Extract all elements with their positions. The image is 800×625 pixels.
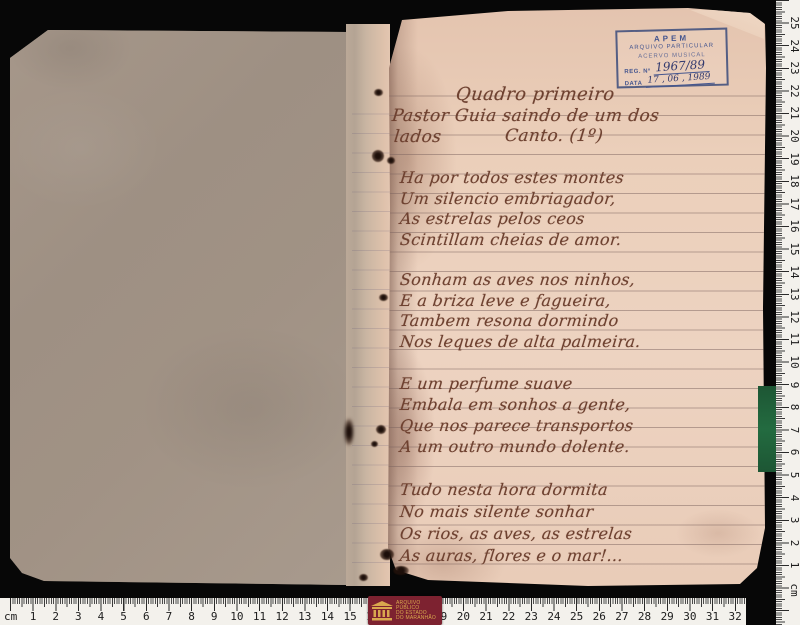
ruler-number: 17	[787, 197, 800, 211]
ruler-number: 32	[729, 610, 742, 623]
ruler-number: 11	[787, 332, 800, 346]
poem-stanza-2: Sonham as aves nos ninhos, E a briza lev…	[400, 270, 641, 352]
ink-stain	[376, 425, 386, 434]
ruler-number: 8	[787, 400, 800, 414]
poem-line: As estrelas pelos ceos	[399, 209, 625, 230]
stamp-date-label: DATA	[625, 81, 643, 87]
poem-stanza-3: E um perfume suave Embala em sonhos a ge…	[400, 373, 633, 457]
ruler-number: 4	[98, 610, 105, 623]
ink-stain	[387, 157, 395, 164]
poem-line: Scintillam cheias de amor.	[399, 230, 625, 251]
ruler-number: 5	[787, 468, 800, 482]
archive-stamp: APEM ARQUIVO PARTICULAR ACERVO MUSICAL R…	[615, 28, 728, 89]
ruler-number: 20	[787, 129, 800, 143]
ink-stain	[393, 566, 409, 575]
poem-line: Que nos parece transportos	[399, 415, 635, 436]
poem-line: Um silencio embriagador,	[399, 189, 625, 210]
ruler-number: 11	[253, 610, 266, 623]
ruler-number: 7	[166, 610, 173, 623]
scanned-notebook-page: APEM ARQUIVO PARTICULAR ACERVO MUSICAL R…	[0, 0, 800, 625]
ink-smudge	[345, 418, 353, 446]
ruler-number: 1	[30, 610, 37, 623]
ruler-number: 14	[787, 265, 800, 279]
ruler-number: 25	[787, 16, 800, 30]
ruler-number: 6	[143, 610, 150, 623]
ink-stain	[379, 294, 388, 301]
ruler-number: 23	[787, 61, 800, 75]
ruler-number: 10	[787, 355, 800, 369]
ruler-number: 27	[615, 610, 628, 623]
ruler-number: 18	[787, 174, 800, 188]
ruler-number: 2	[787, 536, 800, 550]
ruler-number: 9	[787, 378, 800, 392]
ink-stain	[371, 441, 378, 447]
poem-line: No mais silente sonhar	[399, 501, 633, 523]
ink-stain	[374, 89, 383, 96]
stage-direction-line-2: lados	[393, 127, 443, 147]
ruler-number: 30	[683, 610, 696, 623]
ruler-number: 15	[787, 242, 800, 256]
ruler-number: 16	[787, 219, 800, 233]
ruler-number: 2	[52, 610, 59, 623]
poem-title: Quadro primeiro	[455, 84, 616, 105]
ruler-number: 6	[787, 445, 800, 459]
archive-logo: ARQUIVO PÚBLICO DO ESTADO DO MARANHÃO	[368, 596, 442, 625]
ruler-number: 9	[211, 610, 218, 623]
stage-direction-line-1: Pastor Guia saindo de um dos	[391, 106, 660, 126]
poem-line: Nos leques de alta palmeira.	[399, 332, 642, 353]
ruler-number: 12	[276, 610, 289, 623]
archive-building-icon	[371, 601, 393, 621]
ruler-number: 8	[188, 610, 195, 623]
ink-stain	[380, 549, 394, 560]
ruler-number: 22	[787, 84, 800, 98]
ruler-number: 3	[75, 610, 82, 623]
ruler-number: 26	[593, 610, 606, 623]
canto-heading: Canto. (1º)	[504, 126, 604, 146]
green-backing-board	[758, 386, 777, 472]
ruler-number: 31	[706, 610, 719, 623]
logo-text-line: DO MARANHÃO	[396, 616, 436, 621]
poem-line: Tudo nesta hora dormita	[399, 479, 633, 501]
ruler-number: 10	[230, 610, 243, 623]
poem-line: Tambem resona dormindo	[399, 311, 642, 332]
ruler-number: 3	[787, 513, 800, 527]
poem-line: A um outro mundo dolente.	[399, 436, 635, 457]
stamp-date-value: 17 , 06 , 1989	[645, 73, 715, 88]
poem-line: E um perfume suave	[399, 373, 635, 394]
ruler-number: 14	[321, 610, 334, 623]
ruler-number: 22	[502, 610, 515, 623]
ruler-unit-label: cm	[4, 610, 17, 623]
stamp-reg-label: REG. Nº	[624, 69, 651, 76]
ruler-number: 24	[547, 610, 560, 623]
archive-logo-text: ARQUIVO PÚBLICO DO ESTADO DO MARANHÃO	[396, 601, 436, 621]
ruler-number: 4	[787, 491, 800, 505]
ruler-number: 25	[570, 610, 583, 623]
ink-stain	[359, 574, 368, 581]
ruler-number: 7	[787, 423, 800, 437]
ruler-number: 13	[787, 287, 800, 301]
notebook-inside-cover	[10, 28, 348, 585]
poem-line: E a briza leve e fagueira,	[399, 291, 642, 312]
ruler-number: 24	[787, 39, 800, 53]
ruler-number: 29	[661, 610, 674, 623]
ruler-number: 5	[120, 610, 127, 623]
poem-line: Ha por todos estes montes	[399, 168, 625, 189]
ruler-number: 15	[343, 610, 356, 623]
ruler-number: 21	[787, 106, 800, 120]
ruler-number: 21	[479, 610, 492, 623]
spine-page-edges	[352, 95, 390, 580]
ruler-number: 19	[787, 152, 800, 166]
ruler-number: 20	[457, 610, 470, 623]
ruler-number: 28	[638, 610, 651, 623]
ruler-unit-label: cm	[787, 583, 800, 597]
poem-line: Embala em sonhos a gente,	[399, 394, 635, 415]
poem-line: Os rios, as aves, as estrelas	[399, 523, 633, 545]
poem-line: Sonham as aves nos ninhos,	[399, 270, 642, 291]
poem-stanza-1: Ha por todos estes montes Um silencio em…	[400, 168, 624, 250]
vertical-ruler: 1234567891011121314151617181920212223242…	[776, 0, 800, 625]
ruler-number: 1	[787, 558, 800, 572]
poem-stanza-4: Tudo nesta hora dormita No mais silente …	[400, 479, 632, 567]
ink-stain	[372, 150, 384, 162]
poem-line: As auras, flores e o mar!...	[399, 545, 633, 567]
ruler-number: 13	[298, 610, 311, 623]
ruler-number: 23	[525, 610, 538, 623]
ruler-number: 12	[787, 310, 800, 324]
